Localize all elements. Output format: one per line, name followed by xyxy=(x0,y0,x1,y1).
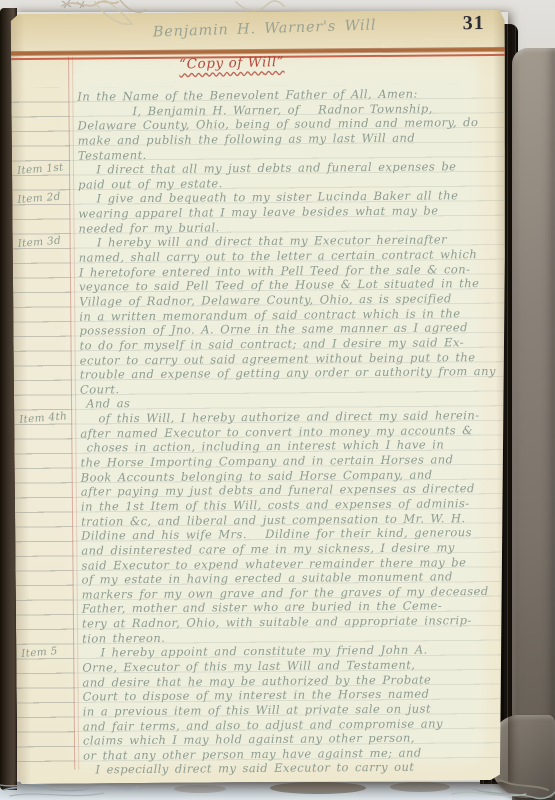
copy-of-will-heading: “Copy of Will” xyxy=(179,54,285,73)
will-body-text: In the Name of the Benevolent Father of … xyxy=(77,86,497,778)
table-surface xyxy=(0,781,555,800)
will-text-line: I especially direct my said Executor to … xyxy=(83,759,497,777)
photo-scene: 31 Benjamin H. Warner's Will “Copy of Wi… xyxy=(0,0,555,800)
ledger-page: 31 Benjamin H. Warner's Will “Copy of Wi… xyxy=(11,10,512,784)
page-number: 31 xyxy=(463,12,485,35)
book-back-cover xyxy=(512,48,555,800)
